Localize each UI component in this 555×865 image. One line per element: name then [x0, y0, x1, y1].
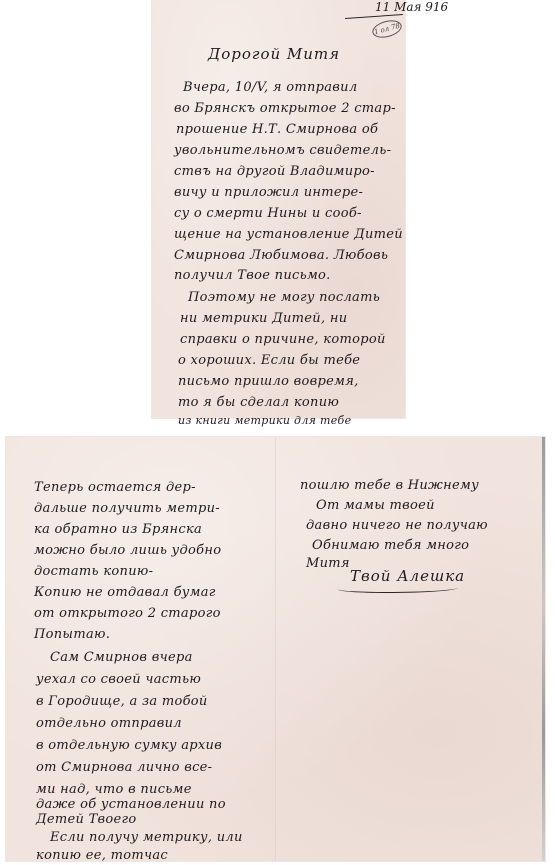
letter-line: Теперь остается дер- — [34, 480, 196, 495]
letter-line: уехал со своей частью — [36, 672, 201, 687]
letter-line: давно ничего не получаю — [306, 518, 488, 533]
letter-line: в Городище, а за тобой — [36, 694, 208, 709]
letter-line: письмо пришло вовремя, — [178, 374, 359, 389]
letter-line: получил Твое письмо. — [174, 268, 331, 283]
letter-line: ствъ на другой Владимиро- — [174, 164, 375, 179]
letter-line: Детей Твоего — [36, 812, 137, 827]
letter-line: Если получу метрику, или — [50, 830, 243, 845]
letter-line: справки о причине, которой — [180, 332, 386, 347]
letter-line: даже об установлении по — [36, 797, 226, 812]
letter-signature: Твой Алешка — [350, 567, 465, 585]
letter-greeting: Дорогой Митя — [208, 45, 340, 63]
letter-date: 11 Мая 916 — [375, 0, 448, 14]
letter-line: достать копию- — [34, 564, 153, 579]
letter-line: прошение Н.Т. Смирнова об — [176, 122, 378, 137]
letter-line: вичу и приложил интере- — [174, 185, 363, 200]
letter-line: От мамы твоей — [316, 498, 435, 513]
letter-line: су о смерти Нины и сооб- — [174, 206, 362, 221]
letter-line: от открытого 2 старого — [34, 606, 221, 621]
letter-line: ка обратно из Брянска — [34, 522, 202, 537]
letter-line: дальше получить метри- — [34, 501, 220, 516]
letter-line: ми над, что в письме — [36, 782, 192, 797]
letter-line: можно было лишь удобно — [34, 543, 221, 558]
letter-line: Поэтому не могу послать — [188, 290, 380, 305]
letter-line: Попытаю. — [34, 627, 110, 642]
letter-line: увольнительномъ свидетель- — [174, 143, 391, 158]
letter-line: отдельно отправил — [36, 716, 182, 731]
letter-line: Митя — [306, 556, 350, 571]
letter-line: из книги метрики для тебе — [178, 414, 351, 427]
letter-line: в отдельную сумку архив — [36, 738, 222, 753]
letter-line: Смирнова Любимова. Любовь — [174, 248, 388, 263]
letter-line: Обнимаю тебя много — [312, 538, 469, 553]
letter-line: Копию не отдавал бумаг — [34, 585, 216, 600]
letter-line: Вчера, 10/V, я отправил — [183, 80, 357, 95]
letter-line: ни метрики Дитей, ни — [180, 311, 347, 326]
letter-line: Сам Смирнов вчера — [50, 650, 193, 665]
letter-line: от Смирнова лично все- — [36, 760, 212, 775]
letter-line: копию ее, тотчас — [36, 848, 168, 863]
letter-line: пошлю тебе в Нижнему — [300, 478, 479, 493]
letter-line: то я бы сделал копию — [178, 395, 339, 410]
letter-line: щение на установление Дитей — [174, 227, 403, 242]
letter-line: во Брянскъ открытое 2 стар- — [174, 101, 396, 116]
page-edge-shadow — [542, 437, 545, 861]
page-fold — [275, 437, 277, 861]
letter-line: о хороших. Если бы тебе — [178, 353, 360, 368]
